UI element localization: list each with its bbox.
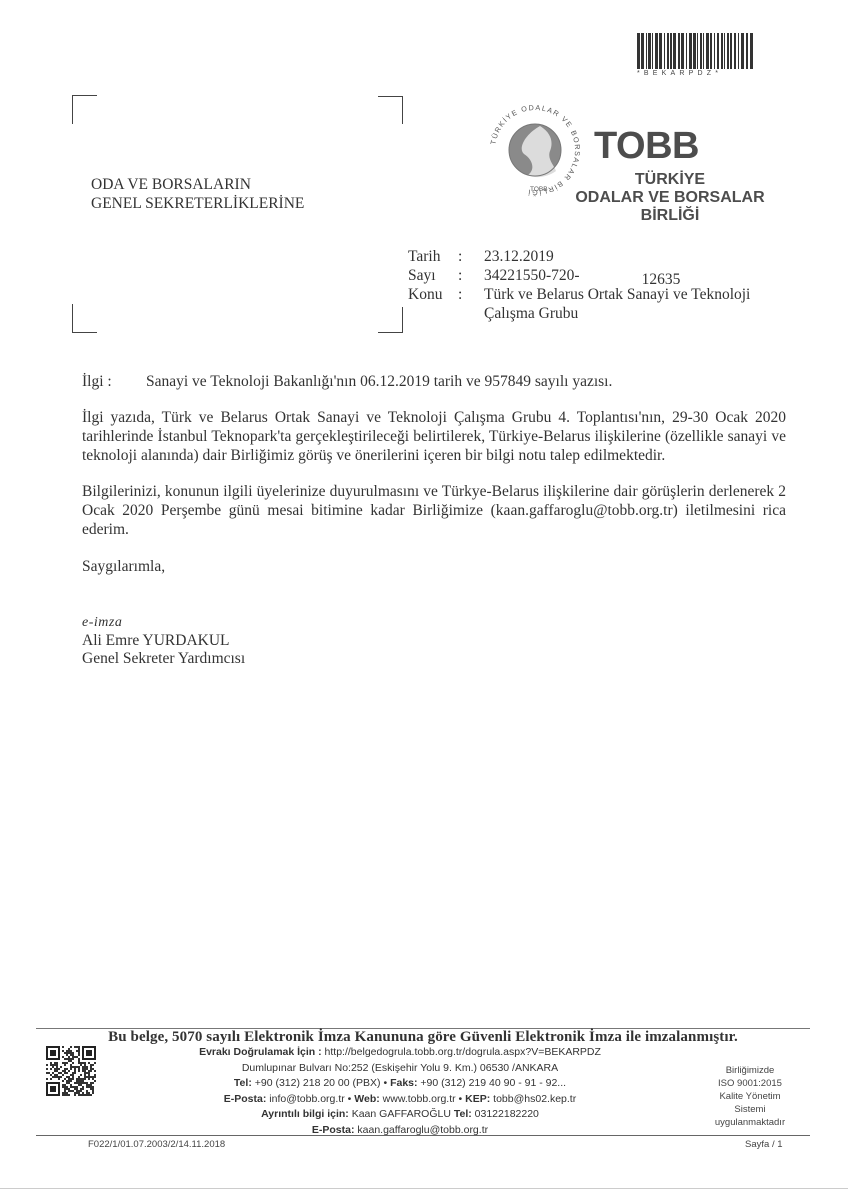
bullet: •: [383, 1077, 387, 1089]
page-number: Sayfa / 1: [745, 1139, 783, 1150]
ilgi-label: İlgi :: [82, 372, 146, 391]
iso-line: Kalite Yönetim: [690, 1090, 810, 1103]
web-label: Web:: [354, 1093, 379, 1105]
recipient-address: ODA VE BORSALARIN GENEL SEKRETERLİKLERİN…: [91, 175, 304, 213]
address-window-corner-bottom-left: [72, 304, 97, 333]
tel-value: +90 (312) 218 20 00 (PBX): [255, 1077, 381, 1089]
faks-value: +90 (312) 219 40 90 - 91 - 92...: [420, 1077, 566, 1089]
logo-org-line-1: TÜRKİYE: [560, 171, 780, 189]
meta-row-sayi: Sayı : 34221550-720-12635: [408, 266, 844, 285]
signer-name: Ali Emre YURDAKUL: [82, 632, 245, 650]
letter-body: İlgi : Sanayi ve Teknoloji Bakanlığı'nın…: [82, 372, 786, 576]
barcode-label: *BEKARPDZ*: [637, 70, 757, 77]
logo-org-line-2: ODALAR VE BORSALAR: [560, 189, 780, 207]
barcode: *BEKARPDZ*: [637, 8, 757, 66]
footer-contact-info: Evrakı Doğrulamak İçin : http://belgedog…: [190, 1045, 610, 1138]
verify-line: Evrakı Doğrulamak İçin : http://belgedog…: [190, 1045, 610, 1061]
konu-label: Konu: [408, 285, 458, 323]
verify-url-link[interactable]: http://belgedogrula.tobb.org.tr/dogrula.…: [325, 1046, 601, 1058]
iso-line: Sistemi: [690, 1103, 810, 1116]
colon: :: [458, 247, 484, 266]
detail-tel-value: 03122182220: [475, 1108, 539, 1120]
verify-label: Evrakı Doğrulamak İçin :: [199, 1046, 322, 1058]
eposta-label: E-Posta:: [224, 1093, 267, 1105]
tel-label: Tel:: [234, 1077, 252, 1089]
detail-name: Kaan GAFFAROĞLU: [352, 1108, 451, 1120]
barcode-icon: [637, 33, 757, 69]
kep-link[interactable]: tobb@hs02.kep.tr: [493, 1093, 576, 1105]
detail-tel-label: Tel:: [454, 1108, 472, 1120]
colon: :: [458, 285, 484, 323]
iso-line: Birliğimizde: [690, 1064, 810, 1077]
logo-org-line-3: BİRLİĞİ: [560, 207, 780, 225]
ilgi-reference: İlgi : Sanayi ve Teknoloji Bakanlığı'nın…: [82, 372, 786, 391]
web-link[interactable]: www.tobb.org.tr: [383, 1093, 456, 1105]
page-label: Sayfa: [745, 1139, 769, 1150]
phone-line: Tel: +90 (312) 218 20 00 (PBX) • Faks: +…: [190, 1076, 610, 1092]
detail-eposta-label: E-Posta:: [312, 1124, 355, 1136]
bullet: •: [459, 1093, 463, 1105]
detail-contact-line: Ayrıntılı bilgi için: Kaan GAFFAROĞLU Te…: [190, 1107, 610, 1123]
page-value: / 1: [772, 1139, 783, 1150]
recipient-line-2: GENEL SEKRETERLİKLERİNE: [91, 194, 304, 213]
recipient-line-1: ODA VE BORSALARIN: [91, 175, 304, 194]
meta-row-konu: Konu : Türk ve Belarus Ortak Sanayi ve T…: [408, 285, 844, 323]
sayi-label: Sayı: [408, 266, 458, 285]
colon: :: [458, 266, 484, 285]
tarih-label: Tarih: [408, 247, 458, 266]
form-code: F022/1/01.07.2003/2/14.11.2018: [88, 1139, 225, 1150]
address-window-corner-top-right: [378, 96, 403, 124]
logo-brand-text: TOBB: [594, 127, 699, 165]
iso-line: ISO 9001:2015: [690, 1077, 810, 1090]
paragraph-1: İlgi yazıda, Türk ve Belarus Ortak Sanay…: [82, 408, 786, 465]
scan-edge-line: [0, 1188, 848, 1189]
address-window-corner-top-left: [72, 95, 97, 124]
konu-line-2: Çalışma Grubu: [484, 304, 844, 323]
e-signature-notice: Bu belge, 5070 sayılı Elektronik İmza Ka…: [36, 1029, 810, 1046]
ilgi-text: Sanayi ve Teknoloji Bakanlığı'nın 06.12.…: [146, 372, 612, 391]
online-contact-line: E-Posta: info@tobb.org.tr • Web: www.tob…: [190, 1092, 610, 1108]
document-meta: Tarih : 23.12.2019 Sayı : 34221550-720-1…: [408, 247, 844, 323]
faks-label: Faks:: [390, 1077, 417, 1089]
detail-label: Ayrıntılı bilgi için:: [261, 1108, 349, 1120]
signer-title: Genel Sekreter Yardımcısı: [82, 650, 245, 668]
eposta-link[interactable]: info@tobb.org.tr: [269, 1093, 344, 1105]
logo-org-name: TÜRKİYE ODALAR VE BORSALAR BİRLİĞİ: [560, 171, 780, 225]
e-signature-mark: e-imza: [82, 614, 245, 632]
address-line: Dumlupınar Bulvarı No:252 (Eskişehir Yol…: [190, 1061, 610, 1077]
signature-block: e-imza Ali Emre YURDAKUL Genel Sekreter …: [82, 614, 245, 668]
tarih-value: 23.12.2019: [484, 247, 844, 266]
detail-eposta-link[interactable]: kaan.gaffaroglu@tobb.org.tr: [357, 1124, 488, 1136]
meta-row-tarih: Tarih : 23.12.2019: [408, 247, 844, 266]
svg-text:TOBB: TOBB: [530, 186, 548, 193]
qr-code-icon[interactable]: [46, 1046, 96, 1096]
closing: Saygılarımla,: [82, 557, 786, 576]
iso-certification-note: Birliğimizde ISO 9001:2015 Kalite Yöneti…: [690, 1064, 810, 1129]
iso-line: uygulanmaktadır: [690, 1116, 810, 1129]
footer-divider-bottom: [36, 1135, 810, 1136]
sayi-value: 34221550-720-: [484, 267, 580, 284]
address-window-corner-bottom-right: [378, 307, 403, 333]
bullet: •: [348, 1093, 352, 1105]
kep-label: KEP:: [465, 1093, 490, 1105]
sayi-number: 12635: [642, 271, 681, 288]
paragraph-2: Bilgilerinizi, konunun ilgili üyeleriniz…: [82, 482, 786, 539]
